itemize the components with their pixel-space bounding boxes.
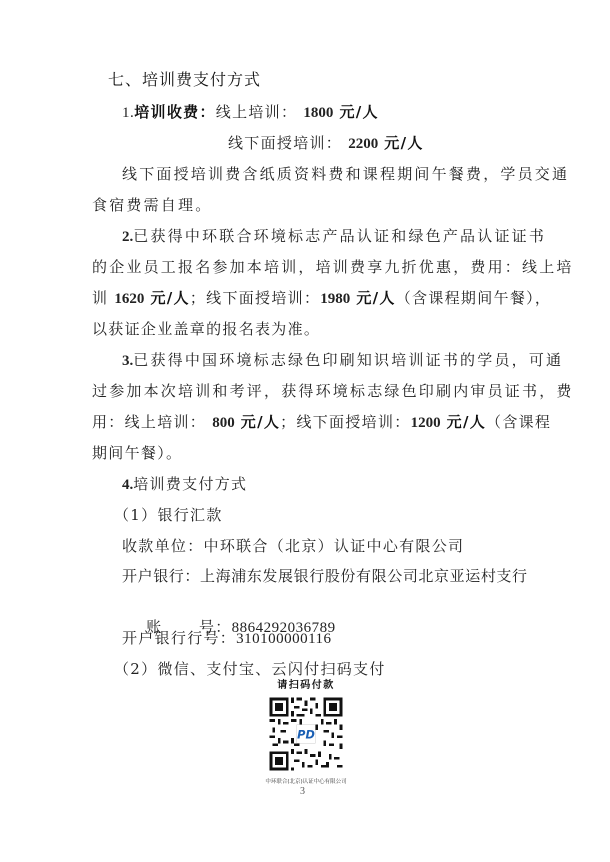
online-label: 线上培训： — [216, 103, 298, 121]
item3-line1: 3.已获得中国环境标志绿色印刷知识培训证书的学员，可通 — [122, 350, 552, 371]
payee-value: 中环联合（北京）认证中心有限公司 — [204, 537, 465, 555]
item3-line3: 用：线上培训： 800 元/人；线下面授培训：1200 元/人（含课程 — [92, 412, 522, 433]
qr-payment-block: 请扫码付款 — [258, 676, 354, 785]
item2-text: 已获得中环联合环境标志产品认证和绿色产品认证证书 — [133, 227, 546, 245]
section-heading: 七、培训费支付方式 — [108, 70, 538, 90]
bank-transfer-label: （1）银行汇款 — [114, 505, 544, 525]
item2-number: 2. — [122, 229, 133, 245]
online-unit: 元/人 — [339, 103, 378, 121]
fees-note-line1: 线下面授培训费含纸质资料费和课程期间午餐费，学员交通 — [122, 164, 552, 184]
fees-label: 培训收费： — [134, 103, 216, 121]
item3-unit2: 元/人 — [447, 413, 486, 431]
offline-price: 2200 — [348, 136, 378, 152]
item2-unit1: 元/人 — [150, 289, 189, 307]
item4-title-line: 4.培训费支付方式 — [122, 474, 552, 495]
offline-label: 线下面授培训： — [228, 134, 342, 152]
bank-label: 开户银行： — [122, 567, 200, 585]
item3-number: 3. — [122, 353, 133, 369]
item2-line3-mid: ；线下面授培训： — [190, 289, 320, 307]
item2-line1: 2.已获得中环联合环境标志产品认证和绿色产品认证证书 — [122, 226, 552, 247]
item3-text: 已获得中国环境标志绿色印刷知识培训证书的学员，可通 — [133, 351, 563, 369]
item3-offline-price: 1200 — [411, 415, 441, 431]
payee-label: 收款单位： — [122, 537, 204, 555]
item2-line2: 的企业员工报名参加本培训，培训费享九折优惠，费用：线上培 — [92, 257, 522, 277]
item3-unit1: 元/人 — [241, 413, 280, 431]
payee-line: 收款单位：中环联合（北京）认证中心有限公司 — [122, 536, 552, 556]
item2-line3-pre: 训 — [92, 289, 108, 307]
item4-number: 4. — [122, 477, 133, 493]
bank-code-value: 310100000116 — [236, 631, 331, 647]
item2-online-price: 1620 — [114, 291, 144, 307]
item3-line3-mid: ；线下面授培训： — [280, 413, 410, 431]
item2-offline-price: 1980 — [320, 291, 350, 307]
item3-line2: 过参加本次培训和考评，获得环境标志绿色印刷内审员证书，费 — [92, 381, 522, 401]
offline-unit: 元/人 — [384, 134, 423, 152]
bank-value: 上海浦东发展银行股份有限公司北京亚运村支行 — [200, 567, 528, 585]
item2-unit2: 元/人 — [356, 289, 395, 307]
bank-line: 开户银行：上海浦东发展银行股份有限公司北京亚运村支行 — [122, 566, 552, 586]
page-number: 3 — [300, 786, 305, 797]
item3-line3-pre: 用：线上培训： — [92, 413, 206, 431]
item4-title: 培训费支付方式 — [133, 475, 247, 493]
bank-code-line: 开户银行行号：310100000116 — [122, 628, 552, 649]
document-page: 七、培训费支付方式 1.培训收费：线上培训： 1800 元/人 线下面授培训： … — [0, 0, 610, 862]
item3-online-price: 800 — [212, 415, 235, 431]
item2-line4: 以获证企业盖章的报名表为准。 — [92, 319, 522, 339]
item2-line3-post: （含课程期间午餐）， — [396, 289, 552, 307]
item3-line3-post: （含课程 — [486, 413, 551, 431]
item3-line4: 期间午餐）。 — [92, 443, 522, 463]
bank-code-label: 开户银行行号： — [122, 629, 236, 647]
fees-number: 1. — [122, 105, 134, 121]
fees-note-line2: 食宿费需自理。 — [92, 195, 522, 215]
qr-code-icon: PD — [267, 695, 345, 773]
qr-title: 请扫码付款 — [258, 676, 354, 691]
online-price: 1800 — [303, 105, 333, 121]
fees-line: 1.培训收费：线上培训： 1800 元/人 — [122, 102, 552, 123]
item2-line3: 训 1620 元/人；线下面授培训：1980 元/人（含课程期间午餐）， — [92, 288, 522, 309]
svg-text:PD: PD — [297, 729, 315, 742]
offline-fee-line: 线下面授培训： 2200 元/人 — [228, 133, 610, 154]
qr-caption: 中环联合(北京)认证中心有限公司 — [258, 777, 354, 785]
